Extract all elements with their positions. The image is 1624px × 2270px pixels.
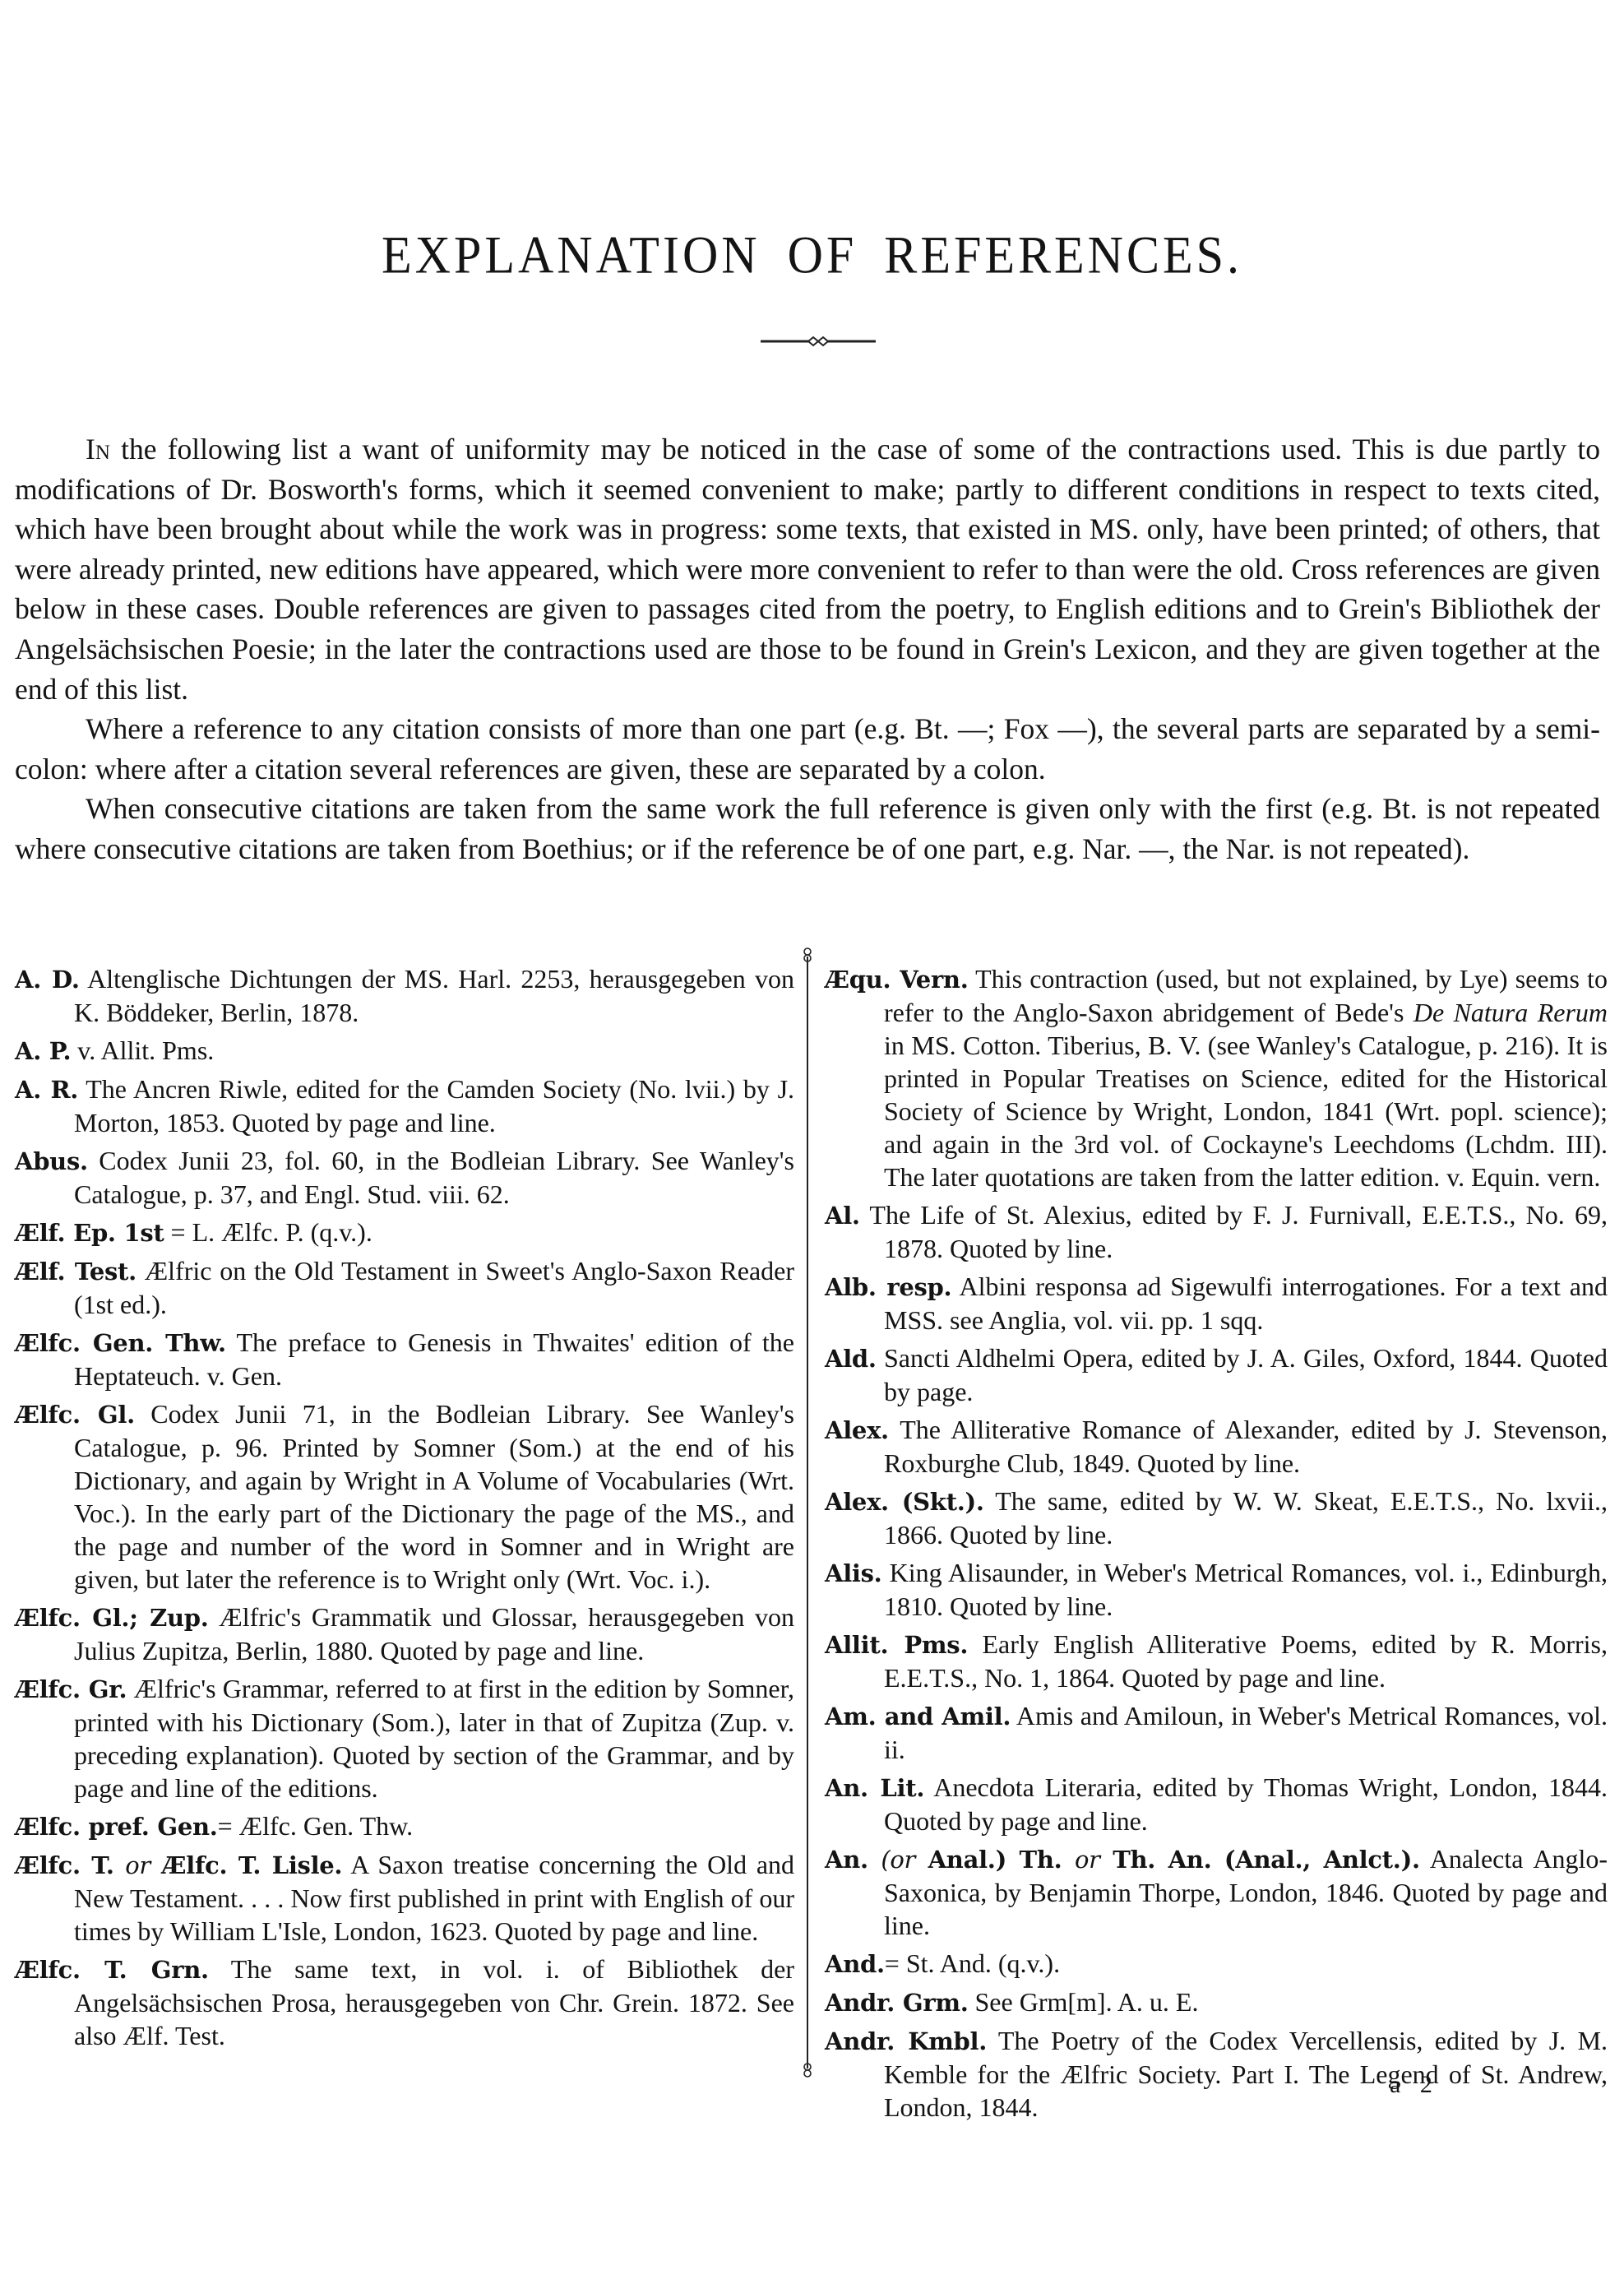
reference-entry: Ald. Sancti Aldhelmi Opera, edited by J.… xyxy=(825,1341,1608,1408)
entry-abbreviation: And. xyxy=(825,1950,885,1978)
reference-entry: Ælfc. T. or Ælfc. T. Lisle. A Saxon trea… xyxy=(15,1848,794,1948)
reference-entry: Alex. The Alliterative Romance of Alexan… xyxy=(825,1413,1608,1480)
introduction: In the following list a want of uniformi… xyxy=(15,429,1600,869)
reference-entry: Ælfc. T. Grn. The same text, in vol. i. … xyxy=(15,1953,794,2052)
reference-entry: Alis. King Alisaunder, in Weber's Metric… xyxy=(825,1556,1608,1623)
entry-definition: = Ælfc. Gen. Thw. xyxy=(218,1811,414,1841)
definition-text: in MS. Cotton. Tiberius, B. V. (see Wanl… xyxy=(884,1031,1608,1192)
reference-entry: Ælfc. Gr. Ælfric's Grammar, referred to … xyxy=(15,1672,794,1804)
reference-entry: A. P. v. Allit. Pms. xyxy=(15,1034,794,1068)
abbr-connector: or xyxy=(125,1851,150,1879)
reference-entry: Allit. Pms. Early English Alliterative P… xyxy=(825,1628,1608,1694)
abbr-part: Th. xyxy=(1020,1846,1062,1874)
entry-abbreviation: Alex. xyxy=(825,1416,889,1444)
entry-abbreviation: Alb. resp. xyxy=(825,1273,951,1301)
entry-abbreviation: Ælfc. T. or Ælfc. T. Lisle. xyxy=(15,1851,342,1879)
entry-definition: See Grm[m]. A. u. E. xyxy=(975,1987,1199,2017)
abbr-connector: (or xyxy=(881,1846,915,1874)
entry-definition: Sancti Aldhelmi Opera, edited by J. A. G… xyxy=(884,1343,1608,1406)
entry-definition: This contraction (used, but not explaine… xyxy=(884,964,1608,1192)
entry-abbreviation: Ald. xyxy=(825,1345,877,1373)
reference-entry: Ælfc. Gl.; Zup. Ælfric's Grammatik und G… xyxy=(15,1601,794,1667)
reference-entry: Ælfc. Gen. Thw. The preface to Genesis i… xyxy=(15,1326,794,1392)
abbr-part: Ælfc. T. xyxy=(15,1851,114,1879)
entry-abbreviation: Ælfc. T. Grn. xyxy=(15,1956,209,1984)
entry-definition: The Poetry of the Codex Vercellensis, ed… xyxy=(884,2026,1608,2122)
intro-paragraph-text: the following list a want of uniformity … xyxy=(15,433,1600,706)
entry-definition: Codex Junii 71, in the Bodleian Library.… xyxy=(74,1399,794,1594)
entry-definition: Codex Junii 23, fol. 60, in the Bodleian… xyxy=(74,1146,794,1209)
definition-italic-title: De Natura Rerum xyxy=(1413,998,1608,1027)
entry-abbreviation: Andr. Grm. xyxy=(825,1989,969,2017)
entry-definition: The Ancren Riwle, edited for the Camden … xyxy=(74,1074,794,1137)
reference-entry: Ælfc. Gl. Codex Junii 71, in the Bodleia… xyxy=(15,1397,794,1596)
abbr-part: Th. An. (Anal., Anlct.). xyxy=(1113,1846,1420,1874)
entry-abbreviation: Ælfc. Gl. xyxy=(15,1401,135,1429)
entry-abbreviation: A. D. xyxy=(15,966,80,994)
reference-entry: Al. The Life of St. Alexius, edited by F… xyxy=(825,1198,1608,1265)
reference-entry: Am. and Amil. Amis and Amiloun, in Weber… xyxy=(825,1699,1608,1766)
entry-abbreviation: Æqu. Vern. xyxy=(825,966,969,994)
entry-definition: The Alliterative Romance of Alexander, e… xyxy=(884,1415,1608,1478)
intro-paragraph-1: In the following list a want of uniformi… xyxy=(15,429,1600,709)
entry-abbreviation: Ælfc. Gen. Thw. xyxy=(15,1329,226,1357)
left-column: A. D. Altenglische Dichtungen der MS. Ha… xyxy=(15,962,794,2057)
entry-abbreviation: Am. and Amil. xyxy=(825,1702,1011,1730)
entry-abbreviation: Ælfc. pref. Gen. xyxy=(15,1813,218,1841)
page-signature: a 2 xyxy=(1390,2071,1439,2099)
intro-paragraph-2: Where a reference to any citation consis… xyxy=(15,709,1600,789)
entry-definition: = St. And. (q.v.). xyxy=(885,1948,1060,1978)
reference-entry: Æqu. Vern. This contraction (used, but n… xyxy=(825,962,1608,1193)
reference-entry: Ælf. Ep. 1st = L. Ælfc. P. (q.v.). xyxy=(15,1216,794,1249)
entry-abbreviation: Alis. xyxy=(825,1559,881,1587)
entry-definition: King Alisaunder, in Weber's Metrical Rom… xyxy=(884,1558,1608,1621)
entry-abbreviation: Abus. xyxy=(15,1147,88,1175)
reference-entry: Andr. Grm. See Grm[m]. A. u. E. xyxy=(825,1985,1608,2019)
reference-entry: Ælf. Test. Ælfric on the Old Testament i… xyxy=(15,1254,794,1321)
reference-entry: A. D. Altenglische Dichtungen der MS. Ha… xyxy=(15,962,794,1029)
entry-definition: Early English Alliterative Poems, edited… xyxy=(884,1629,1608,1693)
entry-abbreviation: Andr. Kmbl. xyxy=(825,2027,987,2055)
column-divider xyxy=(807,957,808,2068)
entry-abbreviation: A. R. xyxy=(15,1076,78,1104)
reference-entry: Andr. Kmbl. The Poetry of the Codex Verc… xyxy=(825,2024,1608,2124)
abbr-part: An. xyxy=(825,1846,868,1874)
intro-lead-word: In xyxy=(86,433,110,466)
abbr-connector: or xyxy=(1075,1846,1100,1874)
reference-entry: And.= St. And. (q.v.). xyxy=(825,1947,1608,1980)
entry-abbreviation: Ælfc. Gr. xyxy=(15,1675,127,1703)
reference-entry: Alex. (Skt.). The same, edited by W. W. … xyxy=(825,1485,1608,1551)
abbr-part: Ælfc. T. Lisle. xyxy=(162,1851,343,1879)
entry-abbreviation: Ælfc. Gl.; Zup. xyxy=(15,1604,209,1632)
entry-definition: v. Allit. Pms. xyxy=(77,1035,214,1065)
entry-definition: = L. Ælfc. P. (q.v.). xyxy=(171,1217,372,1247)
entry-abbreviation: Ælf. Ep. 1st xyxy=(15,1219,164,1247)
entry-abbreviation: Ælf. Test. xyxy=(15,1258,136,1286)
entry-definition: Albini responsa ad Sigewulfi interrogati… xyxy=(884,1272,1608,1335)
reference-entry: An. Lit. Anecdota Literaria, edited by T… xyxy=(825,1771,1608,1837)
entry-definition: Anecdota Literaria, edited by Thomas Wri… xyxy=(884,1772,1608,1836)
entry-abbreviation: Allit. Pms. xyxy=(825,1631,968,1659)
reference-entry: An. (or Anal.) Th. or Th. An. (Anal., An… xyxy=(825,1842,1608,1942)
entry-definition: Ælfric's Grammar, referred to at first i… xyxy=(74,1674,794,1803)
reference-entry: Abus. Codex Junii 23, fol. 60, in the Bo… xyxy=(15,1144,794,1211)
entry-abbreviation: A. P. xyxy=(15,1037,71,1065)
reference-entry: A. R. The Ancren Riwle, edited for the C… xyxy=(15,1072,794,1139)
column-rule-ornament-bottom-icon xyxy=(800,2063,815,2078)
entry-definition: Altenglische Dichtungen der MS. Harl. 22… xyxy=(74,964,794,1027)
ornamental-rule-icon xyxy=(761,333,876,350)
entry-abbreviation: Alex. (Skt.). xyxy=(825,1488,984,1516)
intro-paragraph-3: When consecutive citations are taken fro… xyxy=(15,789,1600,869)
abbr-part: Anal.) xyxy=(928,1846,1006,1874)
entry-definition: Ælfric on the Old Testament in Sweet's A… xyxy=(74,1256,794,1319)
entry-abbreviation: An. Lit. xyxy=(825,1774,924,1802)
reference-entry: Alb. resp. Albini responsa ad Sigewulfi … xyxy=(825,1270,1608,1337)
page-title: EXPLANATION OF REFERENCES. xyxy=(0,225,1624,286)
entry-abbreviation: An. (or Anal.) Th. or Th. An. (Anal., An… xyxy=(825,1846,1420,1874)
reference-entry: Ælfc. pref. Gen.= Ælfc. Gen. Thw. xyxy=(15,1809,794,1843)
entry-definition: The same, edited by W. W. Skeat, E.E.T.S… xyxy=(884,1486,1608,1550)
right-column: Æqu. Vern. This contraction (used, but n… xyxy=(825,962,1608,2129)
entry-abbreviation: Al. xyxy=(825,1202,860,1230)
entry-definition: The Life of St. Alexius, edited by F. J.… xyxy=(869,1200,1608,1263)
